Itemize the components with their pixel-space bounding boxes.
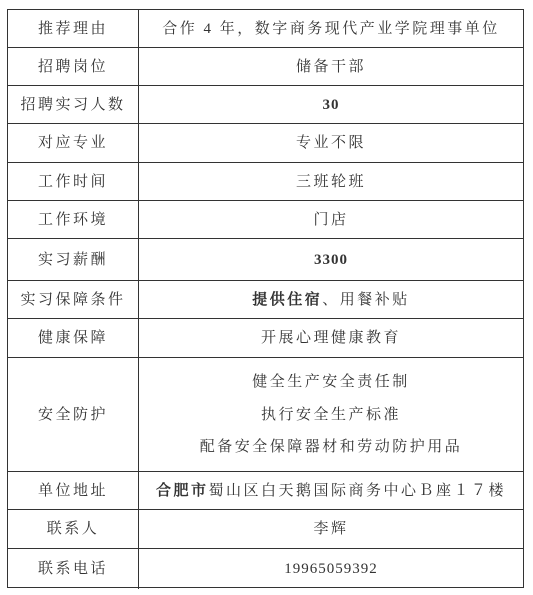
row-value: 合作 4 年，数字商务现代产业学院理事单位 [139, 10, 523, 47]
table-row: 联系人 李辉 [8, 510, 523, 549]
recruitment-info-table: 推荐理由 合作 4 年，数字商务现代产业学院理事单位 招聘岗位 储备干部 招聘实… [7, 9, 524, 588]
row-value: 30 [139, 86, 523, 123]
row-value: 储备干部 [139, 48, 523, 85]
row-value: 3300 [139, 239, 523, 280]
table-row: 实习薪酬 3300 [8, 239, 523, 281]
row-label: 联系电话 [8, 549, 139, 589]
table-row: 健康保障 开展心理健康教育 [8, 319, 523, 358]
row-value-line: 配备安全保障器材和劳动防护用品 [200, 438, 463, 456]
row-value: 健全生产安全责任制 执行安全生产标准 配备安全保障器材和劳动防护用品 [139, 358, 523, 471]
row-label: 工作时间 [8, 163, 139, 200]
row-label: 实习薪酬 [8, 239, 139, 280]
row-value-line: 健全生产安全责任制 [252, 373, 410, 391]
row-label: 健康保障 [8, 319, 139, 357]
row-value-line: 执行安全生产标准 [261, 406, 401, 424]
row-value: 开展心理健康教育 [139, 319, 523, 357]
table-row: 招聘实习人数 30 [8, 86, 523, 124]
table-row: 工作时间 三班轮班 [8, 163, 523, 201]
row-label: 招聘实习人数 [8, 86, 139, 123]
row-label: 对应专业 [8, 124, 139, 162]
row-value: 三班轮班 [139, 163, 523, 200]
row-value-bold: 合肥市 [156, 482, 209, 500]
row-label: 安全防护 [8, 358, 139, 471]
row-value: 李辉 [139, 510, 523, 548]
row-label: 单位地址 [8, 472, 139, 509]
row-label: 联系人 [8, 510, 139, 548]
table-row: 推荐理由 合作 4 年，数字商务现代产业学院理事单位 [8, 10, 523, 48]
table-row: 单位地址 合肥市蜀山区白天鹅国际商务中心Ｂ座１７楼 [8, 472, 523, 510]
row-label: 招聘岗位 [8, 48, 139, 85]
table-row: 实习保障条件 提供住宿、用餐补贴 [8, 281, 523, 319]
table-row: 招聘岗位 储备干部 [8, 48, 523, 86]
row-label: 推荐理由 [8, 10, 139, 47]
row-value: 门店 [139, 201, 523, 238]
row-value: 专业不限 [139, 124, 523, 162]
table-row: 联系电话 19965059392 [8, 549, 523, 589]
table-row: 工作环境 门店 [8, 201, 523, 239]
table-row: 对应专业 专业不限 [8, 124, 523, 163]
row-value: 19965059392 [139, 549, 523, 589]
table-row: 安全防护 健全生产安全责任制 执行安全生产标准 配备安全保障器材和劳动防护用品 [8, 358, 523, 472]
row-value-bold: 提供住宿 [252, 291, 322, 309]
row-value-rest: 、用餐补贴 [322, 291, 410, 309]
row-value-rest: 蜀山区白天鹅国际商务中心Ｂ座１７楼 [209, 482, 507, 500]
row-value: 提供住宿、用餐补贴 [139, 281, 523, 318]
row-label: 工作环境 [8, 201, 139, 238]
row-label: 实习保障条件 [8, 281, 139, 318]
row-value: 合肥市蜀山区白天鹅国际商务中心Ｂ座１７楼 [139, 472, 523, 509]
